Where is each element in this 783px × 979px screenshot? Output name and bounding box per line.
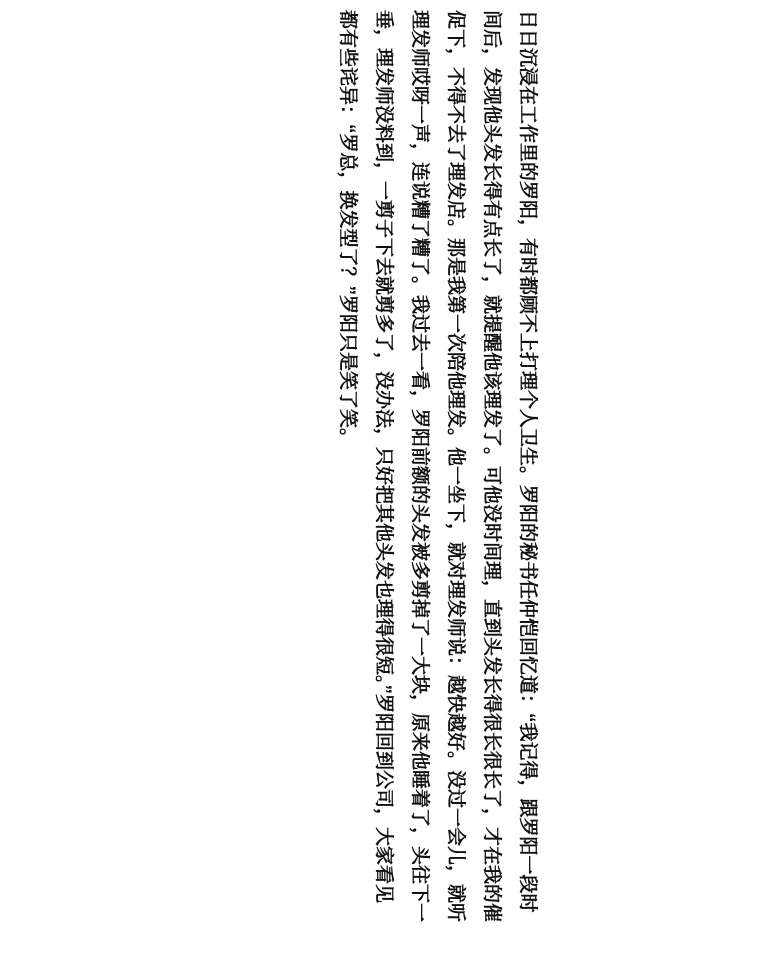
text-line: 日日沉浸在工作里的罗阳，有时都顾不上打理个人卫生。罗阳的秘书任仲恺回忆道：“我记… [509,10,545,930]
text-line: 垂，理发师没料到，一剪子下去就剪多了，没办法，只好把其他头发也理得很短。”罗阳回… [365,10,401,930]
text-line: 理发师哎呀一声，连说糟了糟了。我过去一看，罗阳前额的头发被多剪掉了一大块，原来他… [401,10,437,930]
page: 日日沉浸在工作里的罗阳，有时都顾不上打理个人卫生。罗阳的秘书任仲恺回忆道：“我记… [0,0,783,979]
text-line: 间后，发现他头发长得有点长了，就提醒他该理发了。可他没时间理，直到头发长得很长很… [473,10,509,930]
text-line: 促下，不得不去了理发店。那是我第一次陪他理发。他一坐下，就对理发师说：越快越好。… [437,10,473,930]
rotated-text-block: 日日沉浸在工作里的罗阳，有时都顾不上打理个人卫生。罗阳的秘书任仲恺回忆道：“我记… [329,10,545,930]
text-line: 都有些诧异：“罗总，换发型了？”罗阳只是笑了笑。 [329,10,365,930]
